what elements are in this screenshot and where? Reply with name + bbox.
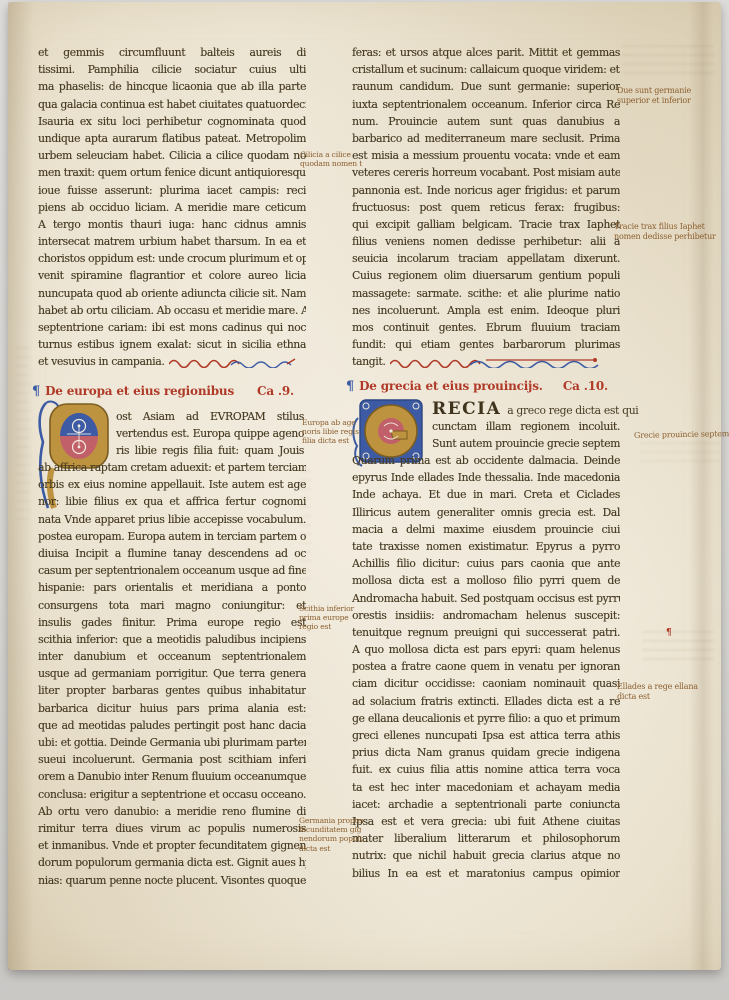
text-line: filia dicta est <box>302 436 364 445</box>
chapter-number: Ca .10. <box>563 379 608 393</box>
text-line: Scithia inferior <box>299 604 361 613</box>
text-line: qui excipit galliam belgicam. Tracie tra… <box>352 216 620 233</box>
text-line: barbarica dicitur huius pars prima alani… <box>38 700 306 717</box>
text-line: Cuius regionem olim diuersarum gentium p… <box>352 267 620 284</box>
text-line: urbem seleuciam habet. Cilicia a cilice … <box>38 147 306 164</box>
text-line: Europa ab age <box>302 418 364 427</box>
text-line: Cilicia a cilice <box>300 150 362 159</box>
text-line: ad solacium fratris extincti. Ellades di… <box>352 693 620 710</box>
showthrough-smudge <box>622 42 714 74</box>
text-line: venit spiramine flagrantior et colore au… <box>38 267 306 284</box>
text-line: Quarum prima est ab occidente dalmacia. … <box>352 452 620 469</box>
text-line: Ellades a rege ellana <box>617 682 725 692</box>
text-line: superior et inferior <box>617 96 725 106</box>
right-chapter-display-line: RECIA a greco rege dicta est qui <box>432 401 620 418</box>
text-line: Tracie trax filius Iaphet <box>614 222 726 232</box>
rubric-heading-europa: ¶ De europa et eius regionibus Ca .9. <box>32 382 300 400</box>
line-filler-flourish <box>390 355 602 368</box>
showthrough-smudge <box>640 440 720 462</box>
margin-note-due-germanie: Due sunt germaniesuperior et inferior <box>617 86 725 105</box>
display-capitals: RECIA <box>432 401 501 418</box>
text-line: ge ellana deucalionis et pyrre filio: a … <box>352 710 620 727</box>
text-line: et gemmis circumfluunt balteis aureis di <box>38 44 306 61</box>
margin-note-germania: Germania propterfecunditatem gignendorum… <box>299 816 363 853</box>
text-line: que ad meotidas paludes pertingit post h… <box>38 717 306 734</box>
text-line: quodam nomen traxit <box>300 159 362 168</box>
text-line: Illiricus autem generaliter omnis grecia… <box>352 504 620 521</box>
text-line: bilius In ea est et maratonius campus op… <box>352 865 620 882</box>
text-line: diuisa Incipit a flumine tanay descenden… <box>38 545 306 562</box>
text-line: nor: libie filius ex qua et affrica fert… <box>38 493 306 510</box>
text-line: fundit: qui etiam gentes barbarorum plur… <box>352 336 620 353</box>
text-line: iacet: archadie a septentrionali parte c… <box>352 796 620 813</box>
text-line: consurgens tota mari magno coniungitur: … <box>38 597 306 614</box>
text-line: est misia a messium prouentu vocata: vnd… <box>352 147 620 164</box>
text-line: nias: quarum penne nocte plucent. Visont… <box>38 872 306 889</box>
text-line: qua galacia continua est habet ciuitates… <box>38 96 306 113</box>
text-line: mollosa dicta est a molloso filio pyrri … <box>352 572 620 589</box>
margin-note-scithia: Scithia inferiorprima europeregio est <box>299 604 361 632</box>
paraph-mark-icon: ¶ <box>32 384 40 399</box>
text-line: postea a fratre caone quem in venatu per… <box>352 658 620 675</box>
text-line: ubi: et gottia. Deinde Germania ubi plur… <box>38 734 306 751</box>
text-line: feras: et ursos atque alces parit. Mitti… <box>352 44 620 61</box>
left-column-block1: et gemmis circumfluunt balteis aureis di… <box>38 44 306 353</box>
text-line: nuncupata quod ab oriente adiuncta cilic… <box>38 285 306 302</box>
text-line: ris libie regis filia fuit: quam Jouis <box>116 442 304 459</box>
text-line: Ab ortu vero danubio: a meridie reno flu… <box>38 803 306 820</box>
text-line: liter propter barbaras gentes quibus inh… <box>38 682 306 699</box>
text-line: seuicia incolarum traciam appellatam dix… <box>352 250 620 267</box>
text-line: undique apta aurarum flatibus pateat. Me… <box>38 130 306 147</box>
right-chapter-lines: Quarum prima est ab occidente dalmacia. … <box>352 452 620 882</box>
text-line: regio est <box>299 622 361 631</box>
text-line: scithia inferior: que a meotidis paludib… <box>38 631 306 648</box>
text-line: Inde achaya. Et due in mari. Creta et Ci… <box>352 486 620 503</box>
text-line: fuit. ex cuius filia attis nomine attica… <box>352 761 620 778</box>
text-line: dicta est <box>299 844 363 853</box>
line-filler-flourish <box>169 356 297 368</box>
right-chapter-opening-lines: cunctam illam regionem incoluit.Sunt aut… <box>432 418 620 452</box>
text-line: tissimi. Pamphilia cilicie sociatur cuiu… <box>38 61 306 78</box>
text-line: usque ad germaniam porrigitur. Que terra… <box>38 665 306 682</box>
text-line: habet ab ortu ciliciam. Ab occasu et mer… <box>38 302 306 319</box>
text-line: Due sunt germanie <box>617 86 725 96</box>
text-line: hispanie: pars orientalis et meridiana a… <box>38 579 306 596</box>
text-line: Achillis filio dicitur: cuius pars caoni… <box>352 555 620 572</box>
rubric-title: De europa et eius regionibus <box>45 384 234 398</box>
text-line: A quo mollosa dicta est pars epyri: quam… <box>352 641 620 658</box>
text-line: rimitur terra diues virum ac populis num… <box>38 820 306 837</box>
left-chapter-opening-lines: ost Asiam ad EVROPAM stilusvertendus est… <box>116 408 304 460</box>
right-column-block1: feras: et ursos atque alces parit. Mitti… <box>352 44 620 353</box>
rubric-title: De grecia et eius prouincijs. <box>359 379 543 393</box>
text-line: casum per septentrionalem occeanum usque… <box>38 562 306 579</box>
text-line: cunctam illam regionem incoluit. <box>432 418 620 435</box>
left-chapter-lines: ab affrica raptam cretam aduexit: et par… <box>38 459 306 889</box>
margin-note-europa: Europa ab agenoris libie regisfilia dict… <box>302 418 364 446</box>
text-line: choristos oppidum est: unde crocum pluri… <box>38 250 306 267</box>
text-line: Grecie prouincie septem sunt <box>634 429 729 440</box>
text-line: insulis gades finitur. Prima europe regi… <box>38 614 306 631</box>
text-line: tate traxisse nomen existimatur. Epyrus … <box>352 538 620 555</box>
text-line: nes incoluerunt. Ampla est enim. Ideoque… <box>352 302 620 319</box>
text-line: raunum candidum. Due sunt germanie: supe… <box>352 78 620 95</box>
text-line: Ipsa est et vera grecia: ubi fuit Athene… <box>352 813 620 830</box>
margin-note-tracie: Tracie trax filius Iaphetnomen dedisse p… <box>614 222 726 241</box>
text-line: tangit. <box>352 353 385 370</box>
text-line: ab affrica raptam cretam aduexit: et par… <box>38 459 306 476</box>
text-line: fructuosus: post quem reticus ferax: fru… <box>352 199 620 216</box>
text-line: sueui incoluerunt. Germania post scithia… <box>38 751 306 768</box>
text-line: filius veniens nomen dedisse perhibetur:… <box>352 233 620 250</box>
text-line: cristallum et sucinum: callaicum quoque … <box>352 61 620 78</box>
text-line: Isauria ex situ loci perhibetur cognomin… <box>38 113 306 130</box>
text-line: ma phaselis: de hincque licaonia que ab … <box>38 78 306 95</box>
text-line: vertendus est. Europa quippe ageno <box>116 425 304 442</box>
text-line: pannonia est. Inde noricus ager frigidus… <box>352 182 620 199</box>
text-line: conclusa: erigitur a septentrione et occ… <box>38 786 306 803</box>
text-line: inter danubium et occeanum septentrional… <box>38 648 306 665</box>
text-line: epyrus Inde ellades Inde thessalia. Inde… <box>352 469 620 486</box>
text-line: mater liberalium litterarum et philosoph… <box>352 830 620 847</box>
text-line: prima europe <box>299 613 361 622</box>
text-line: A tergo montis thauri iuga: hanc cidnus … <box>38 216 306 233</box>
text-line: dicta est <box>617 692 725 702</box>
text-line: turnus estibus ignem exalat: sicut in si… <box>38 336 306 353</box>
text-line: a greco rege dicta est qui <box>507 402 638 419</box>
text-line: prius dicta Nam granus quidam grecie ind… <box>352 744 620 761</box>
text-line: dorum populorum germania dicta est. Gign… <box>38 854 306 871</box>
text-line: Andromacha habuit. Sed postquam occisus … <box>352 590 620 607</box>
showthrough-smudge <box>16 340 30 520</box>
chapter-number: Ca .9. <box>257 384 294 398</box>
text-line: et vesuvius in campania. <box>38 353 164 370</box>
text-line: men traxit: quem ortum fenice dicunt ant… <box>38 164 306 181</box>
text-line: noris libie regis <box>302 427 364 436</box>
right-paragraph-end: tangit. <box>352 353 620 370</box>
left-paragraph-end: et vesuvius in campania. <box>38 353 306 370</box>
rubric-heading-grecia: ¶ De grecia et eius prouincijs. Ca .10. <box>346 377 614 395</box>
margin-note-cilicia: Cilicia a cilicequodam nomen traxit <box>300 150 362 168</box>
text-line: tenuitque regnum preuigni qui successera… <box>352 624 620 641</box>
text-line: veteres cereris horreum vocabant. Post m… <box>352 164 620 181</box>
text-line: postea europam. Europa autem in terciam … <box>38 528 306 545</box>
text-line: septentrione cariam: ibi est mons cadinu… <box>38 319 306 336</box>
showthrough-smudge <box>299 690 311 780</box>
text-line: orem a Danubio inter Renum fluuium occea… <box>38 768 306 785</box>
text-line: piens ab occiduo liciam. A meridie mare … <box>38 199 306 216</box>
text-line: orestis insidiis: andromacham helenus su… <box>352 607 620 624</box>
text-line: nata Vnde apparet prius libie accepisse … <box>38 511 306 528</box>
text-line: massagete: sarmate. scithe: et alie plur… <box>352 285 620 302</box>
text-line: iuxta septentrionalem occeanum. Inferior… <box>352 96 620 113</box>
text-line: mos continuit gentes. Ebrum fluuium trac… <box>352 319 620 336</box>
text-line: greci ellenes nuncupati Ipsa est attica … <box>352 727 620 744</box>
text-line: barbarico ad mediterraneum mare seclusit… <box>352 130 620 147</box>
showthrough-smudge <box>642 630 714 660</box>
text-line: ioue fuisse asserunt: plurima iacet camp… <box>38 182 306 199</box>
text-line: Sunt autem prouincie grecie septem <box>432 435 620 452</box>
text-line: nomen dedisse perhibetur <box>614 232 726 242</box>
text-line: macia a delmi maxime eiusdem prouincie c… <box>352 521 620 538</box>
text-line: ta est hec inter macedoniam et achayam m… <box>352 779 620 796</box>
text-line: ost Asiam ad EVROPAM stilus <box>116 408 304 425</box>
margin-note-grecie: Grecie prouincie septem sunt <box>634 429 729 440</box>
text-line: ciam dicitur occidisse: caoniam nominaui… <box>352 675 620 692</box>
text-line: et inmanibus. Vnde et propter fecunditat… <box>38 837 306 854</box>
showthrough-smudge <box>299 470 311 580</box>
text-line: fecunditatem gig <box>299 825 363 834</box>
text-line: nutrix: que nichil habuit grecia clarius… <box>352 847 620 864</box>
margin-note-ellades: Ellades a rege ellanadicta est <box>617 682 725 701</box>
text-line: nendorum populorum <box>299 834 363 843</box>
text-line: Germania propter <box>299 816 363 825</box>
paraph-mark-icon: ¶ <box>346 379 354 394</box>
text-line: num. Prouincie autem sunt quas danubius … <box>352 113 620 130</box>
text-line: intersecat matrem urbium habet tharsum. … <box>38 233 306 250</box>
text-line: orbis ex eius nomine appellauit. Iste au… <box>38 476 306 493</box>
